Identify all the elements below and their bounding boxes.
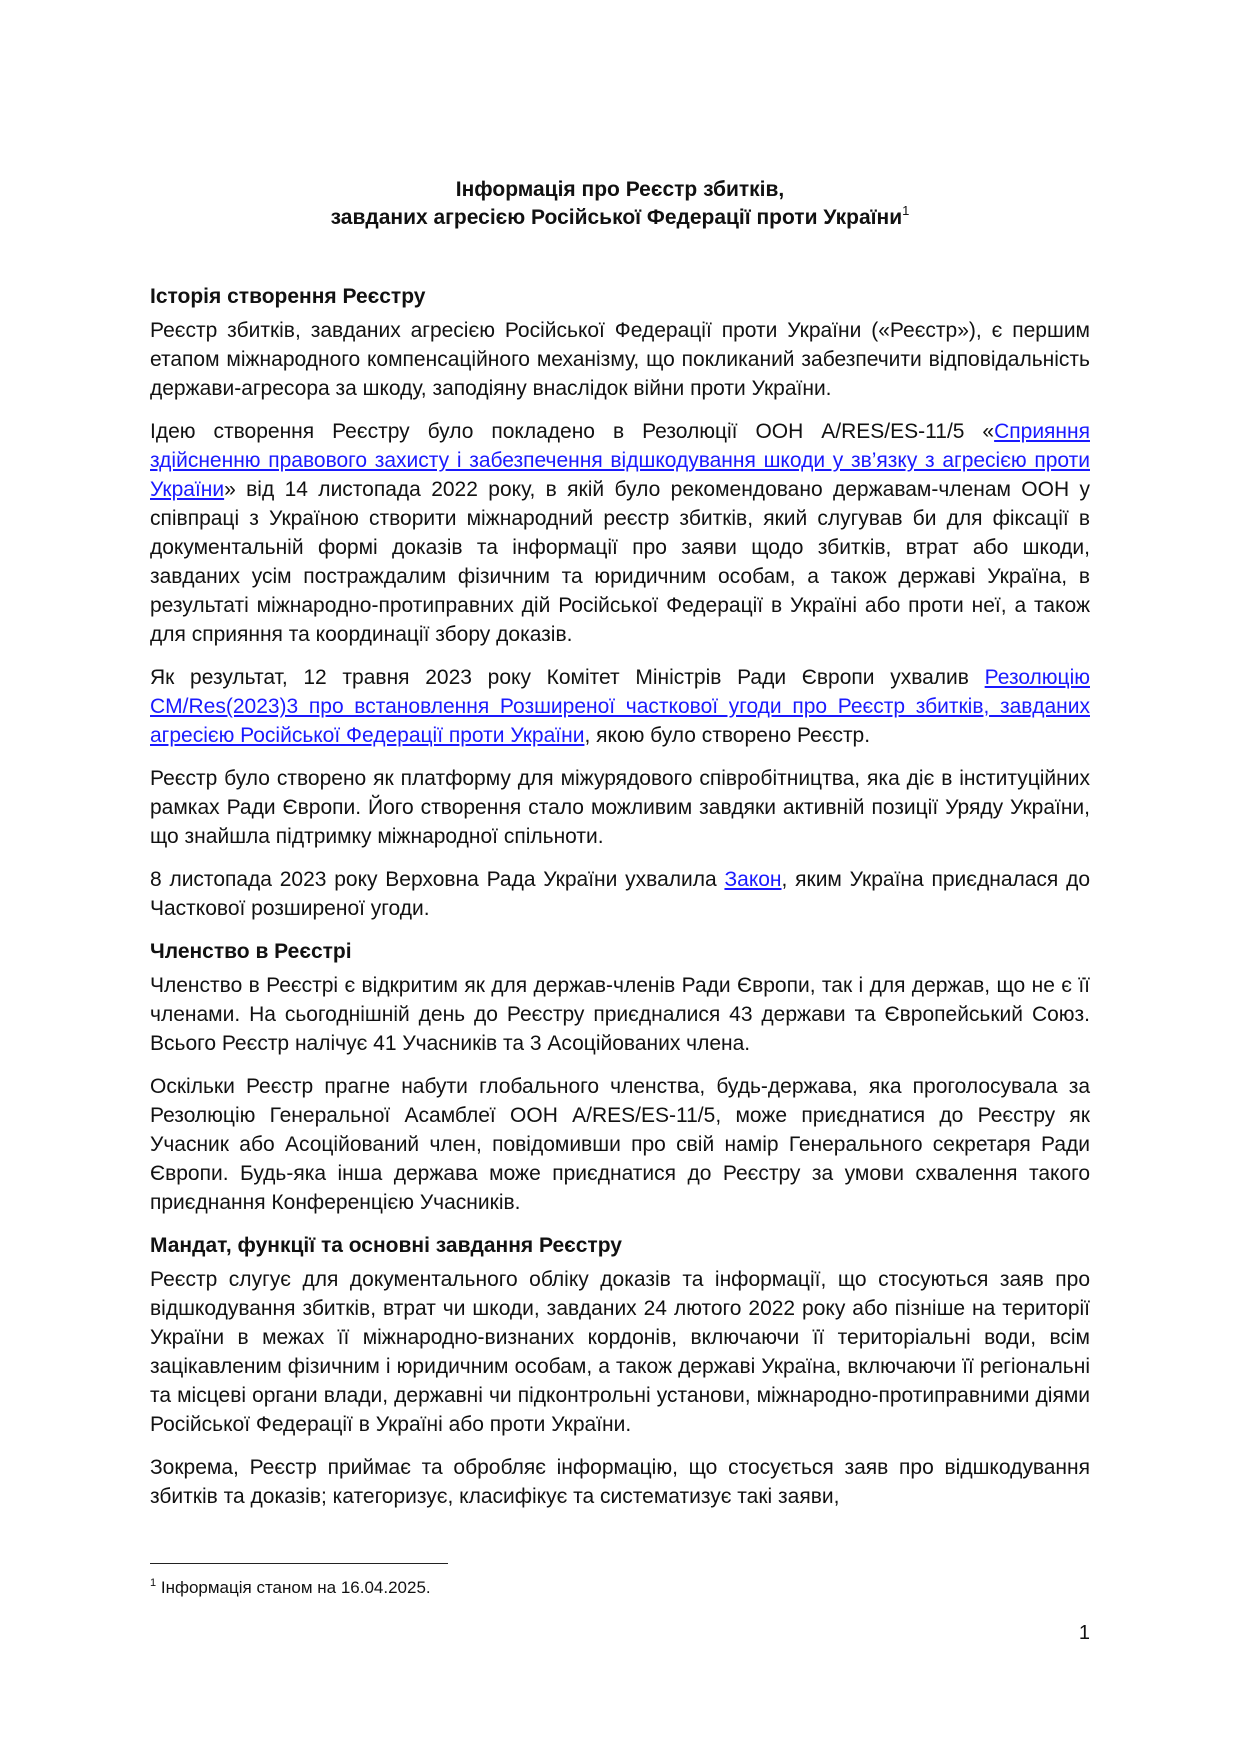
paragraph-text: Реєстр слугує для документального обліку… [150, 1268, 1090, 1436]
paragraph: Реєстр збитків, завданих агресією Російс… [150, 316, 1090, 403]
footnote: 1 Інформація станом на 16.04.2025. [150, 1577, 431, 1599]
footnote-text: Інформація станом на 16.04.2025. [161, 1578, 431, 1597]
paragraph-text: , якою було створено Реєстр. [584, 724, 870, 747]
paragraph-text: Оскільки Реєстр прагне набути глобальног… [150, 1075, 1090, 1214]
footnote-number: 1 [150, 1577, 156, 1589]
paragraph-text: » від 14 листопада 2022 року, в якій бул… [150, 478, 1090, 646]
paragraph-text: Реєстр було створено як платформу для мі… [150, 767, 1090, 848]
document-page: Інформація про Реєстр збитків, завданих … [0, 0, 1240, 1755]
paragraph: Оскільки Реєстр прагне набути глобальног… [150, 1072, 1090, 1217]
paragraph: Як результат, 12 травня 2023 року Коміте… [150, 663, 1090, 750]
paragraph: Реєстр слугує для документального обліку… [150, 1265, 1090, 1439]
paragraph: 8 листопада 2023 року Верховна Рада Укра… [150, 865, 1090, 923]
title-line-2: завданих агресією Російської Федерації п… [150, 204, 1090, 232]
paragraph-text: 8 листопада 2023 року Верховна Рада Укра… [150, 868, 724, 891]
paragraph-text: Членство в Реєстрі є відкритим як для де… [150, 974, 1090, 1055]
section-heading: Історія створення Реєстру [150, 282, 1090, 312]
paragraph-text: Ідею створення Реєстру було покладено в … [150, 420, 994, 443]
paragraph-text: Як результат, 12 травня 2023 року Коміте… [150, 666, 985, 689]
section-3: Мандат, функції та основні завдання Реєс… [150, 1231, 1090, 1511]
paragraph-text: Реєстр збитків, завданих агресією Російс… [150, 319, 1090, 400]
paragraph: Членство в Реєстрі є відкритим як для де… [150, 971, 1090, 1058]
footnote-reference[interactable]: 1 [902, 203, 909, 218]
document-body: Історія створення РеєструРеєстр збитків,… [150, 282, 1090, 1525]
section-2: Членство в РеєстріЧленство в Реєстрі є в… [150, 937, 1090, 1217]
paragraph: Реєстр було створено як платформу для мі… [150, 764, 1090, 851]
document-link[interactable]: Закон [724, 868, 781, 891]
paragraph: Ідею створення Реєстру було покладено в … [150, 417, 1090, 649]
section-heading: Мандат, функції та основні завдання Реєс… [150, 1231, 1090, 1261]
title-line-1: Інформація про Реєстр збитків, [150, 176, 1090, 204]
page-number: 1 [1060, 1622, 1090, 1645]
footnote-separator [150, 1563, 448, 1564]
paragraph: Зокрема, Реєстр приймає та обробляє інфо… [150, 1453, 1090, 1511]
section-heading: Членство в Реєстрі [150, 937, 1090, 967]
section-1: Історія створення РеєструРеєстр збитків,… [150, 282, 1090, 923]
document-title: Інформація про Реєстр збитків, завданих … [150, 176, 1090, 232]
paragraph-text: Зокрема, Реєстр приймає та обробляє інфо… [150, 1456, 1090, 1508]
